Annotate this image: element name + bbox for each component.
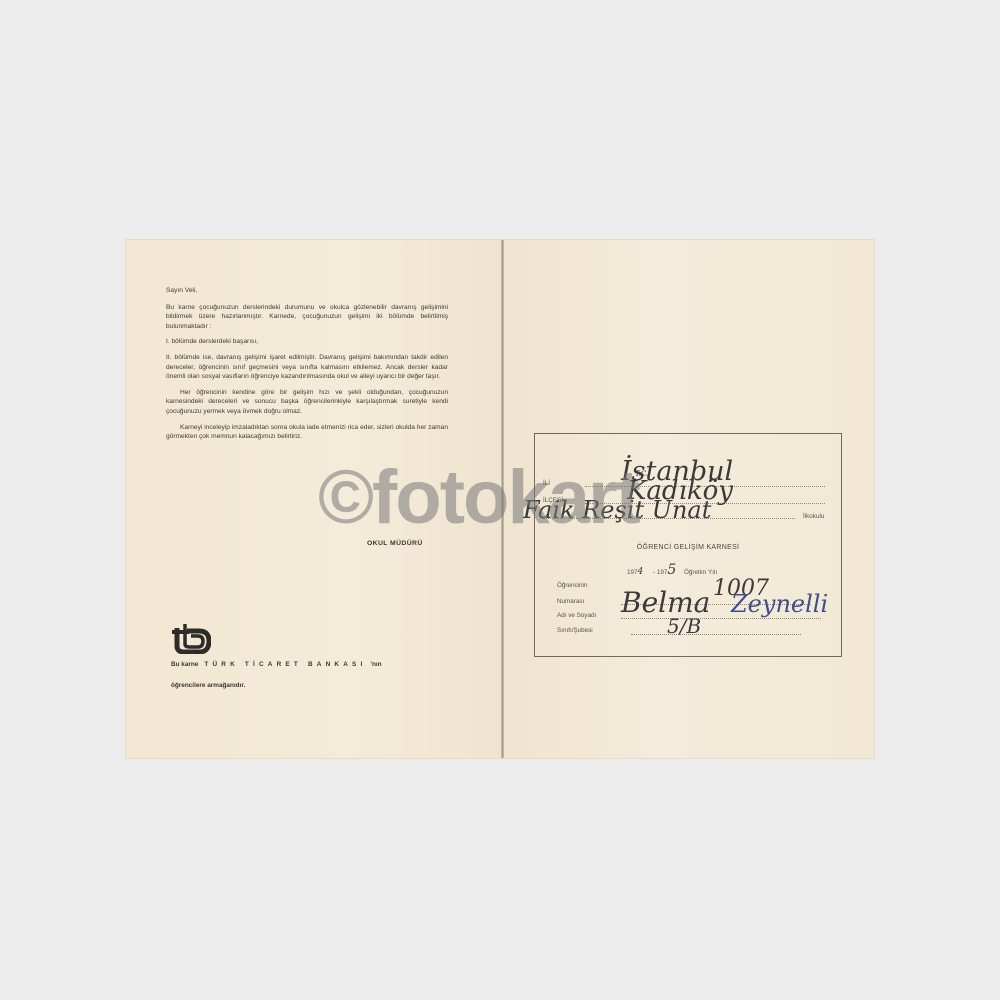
year-start-digit: 4 <box>638 567 644 577</box>
gift-prefix: Bu karne <box>171 661 198 668</box>
watermark: ©fotokart <box>318 458 639 538</box>
gift-suffix: 'nın <box>370 661 381 668</box>
letter-paragraph-1: Bu karne çocuğunuzun derslerindeki durum… <box>166 303 448 332</box>
school-year: 1974 - 1975 Öğretim Yılı <box>627 562 717 578</box>
principal-signature: OKUL MÜDÜRÜ <box>367 540 423 547</box>
numarasi-label: Numarası <box>557 598 584 605</box>
ogrencinin-label: Öğrencinin <box>557 582 587 589</box>
salutation: Sayın Veli, <box>166 286 448 296</box>
gift-line-2: öğrencilere armağanıdır. <box>171 682 245 689</box>
soyadi-value: Zeynelli <box>731 590 828 618</box>
letter-paragraph-5: Karneyi inceleyip imzaladıktan sonra oku… <box>166 423 448 442</box>
letter-paragraph-3: II. bölümde ise, davranış gelişimi işare… <box>166 353 448 382</box>
form-title: ÖĞRENCİ GELİŞİM KARNESİ <box>535 544 841 551</box>
letter-paragraph-4: Her öğrencinin kendine göre bir gelişim … <box>166 388 448 417</box>
bank-logo-icon <box>171 620 211 654</box>
okulu-label: İlkokulu <box>803 513 824 520</box>
year-end-digit: 5 <box>667 562 676 578</box>
adi-soyadi-label: Adı ve Soyadı <box>557 612 596 619</box>
gift-line: Bu karneTÜRK TİCARET BANKASI'nın <box>171 661 382 668</box>
parent-letter: Sayın Veli, Bu karne çocuğunuzun dersler… <box>166 286 448 448</box>
sinif-label: Sınıfı/Şubesi <box>557 627 593 634</box>
bank-name: TÜRK TİCARET BANKASI <box>204 661 366 668</box>
letter-paragraph-2: I. bölümde derslerdeki başarısı, <box>166 337 448 347</box>
sinif-value: 5/B <box>667 614 701 638</box>
